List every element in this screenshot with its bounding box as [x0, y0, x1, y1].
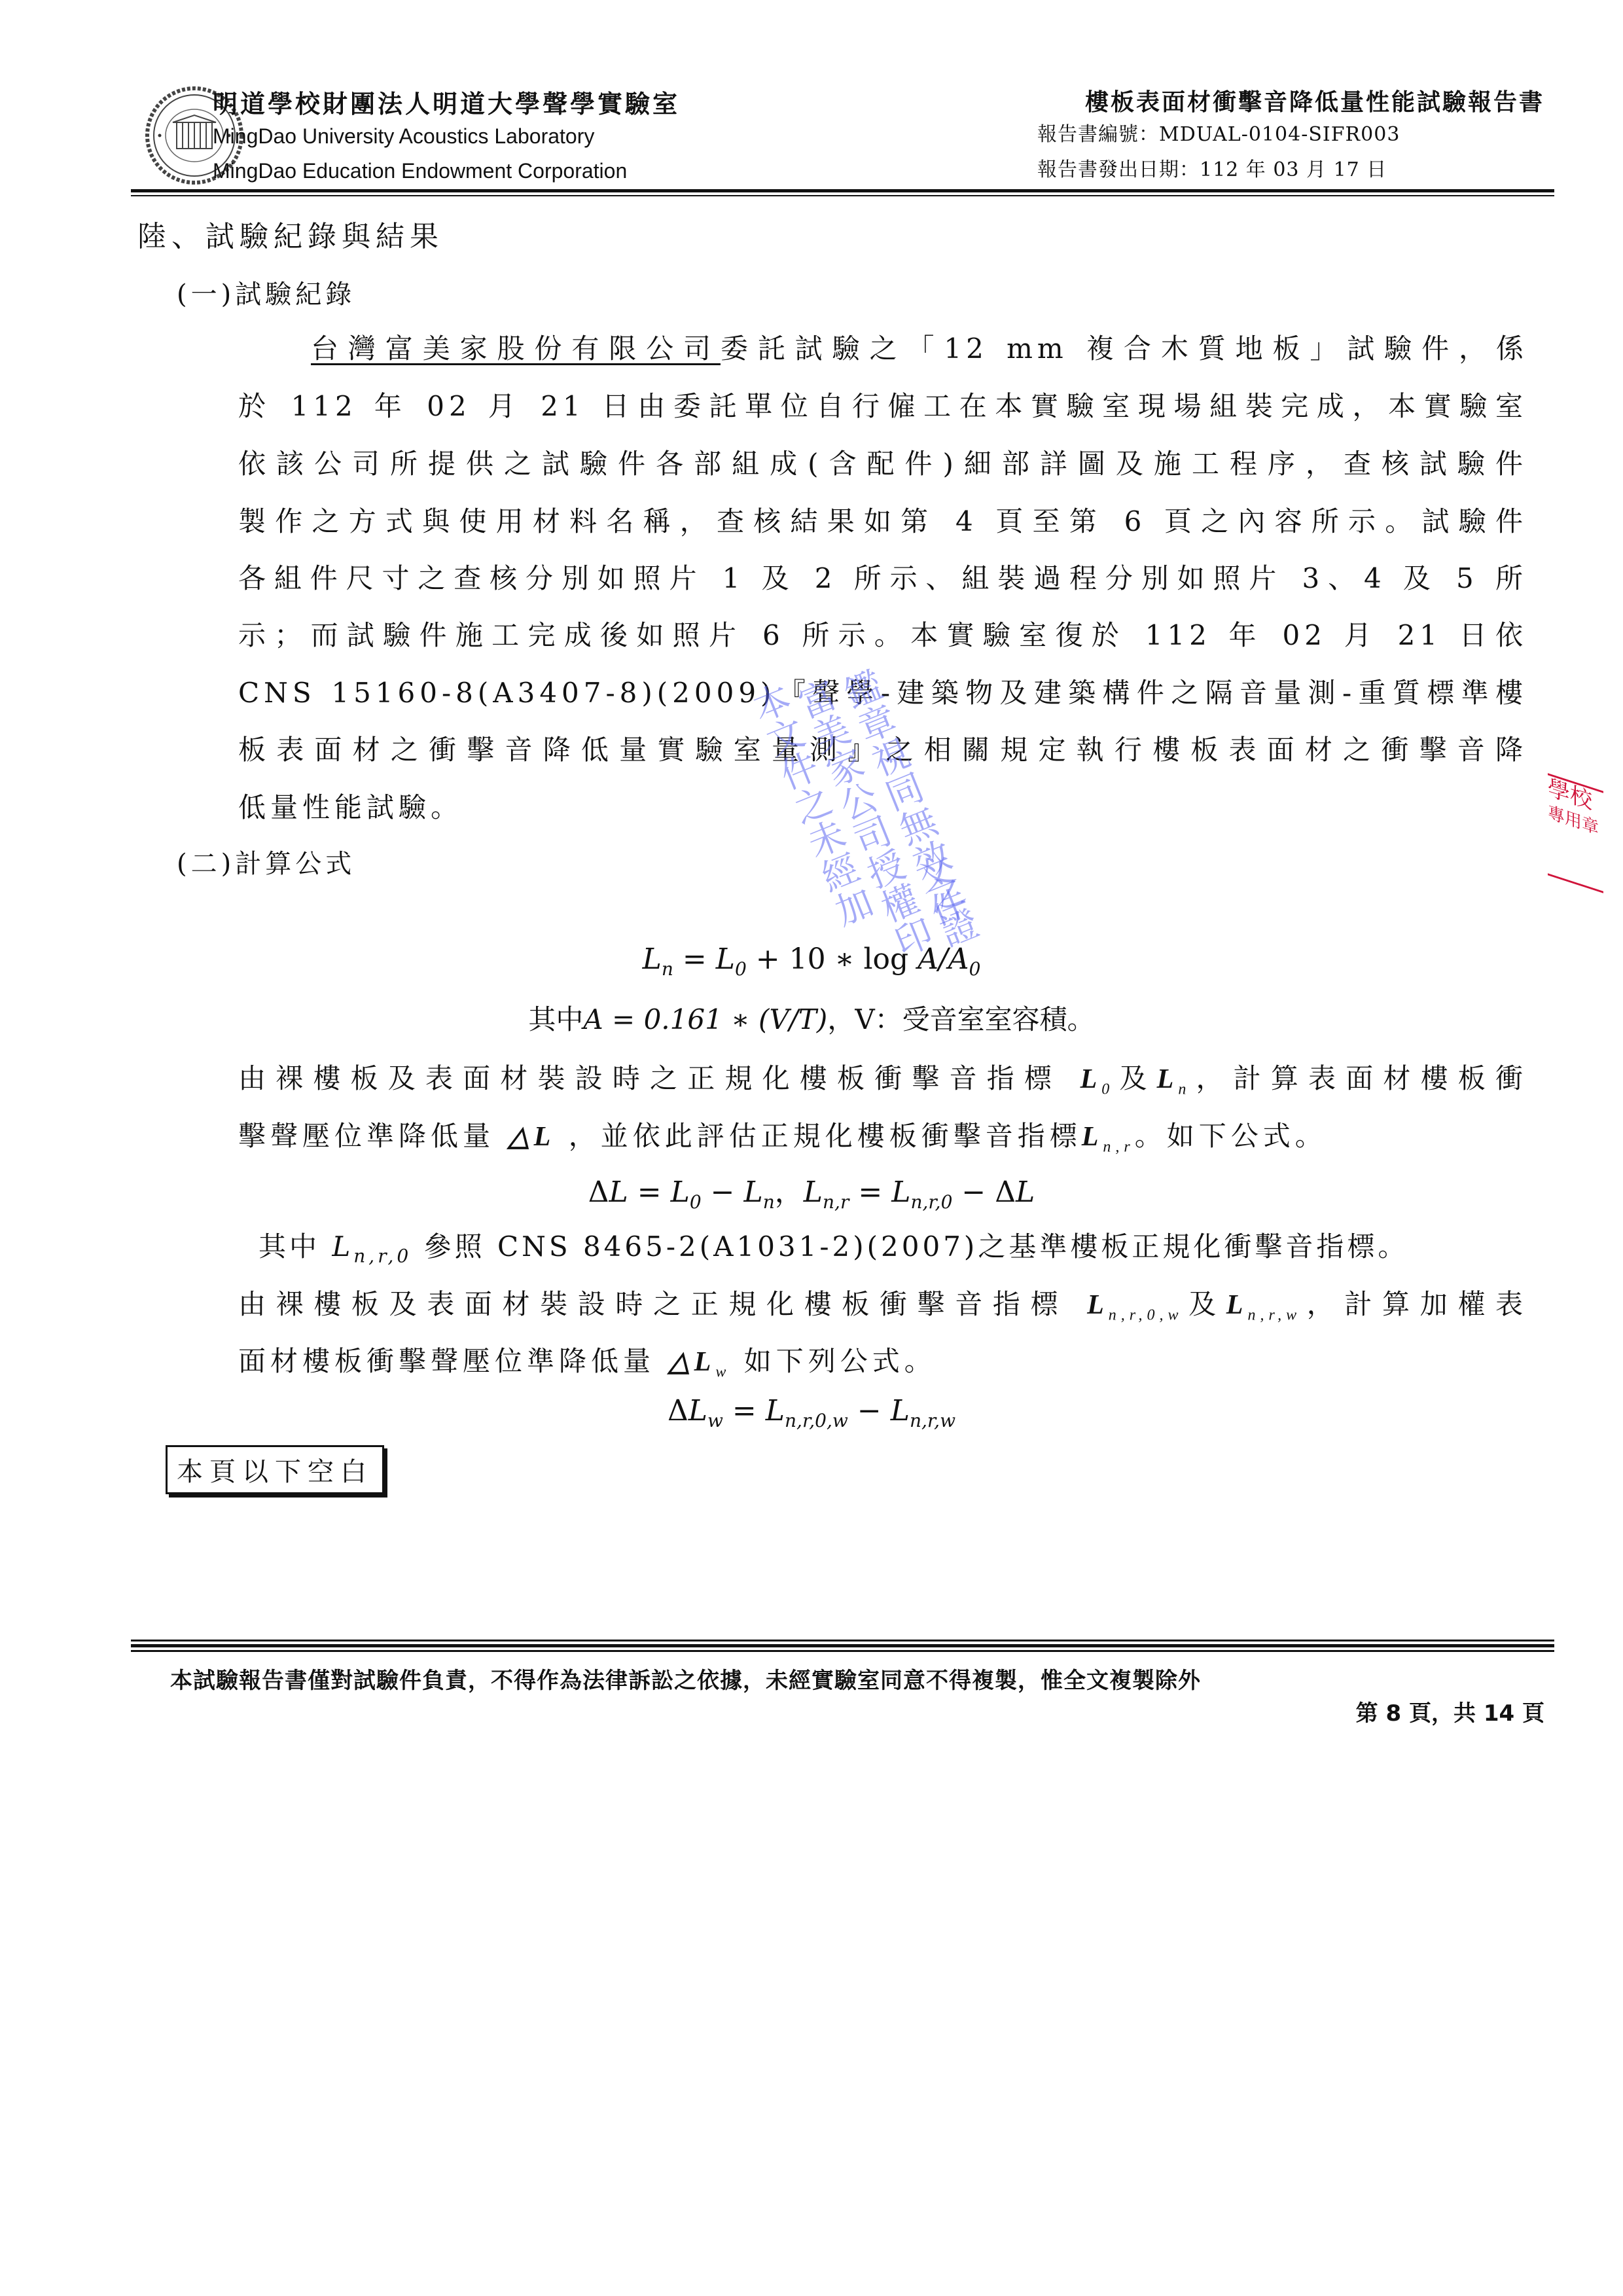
report-number-label: 報告書編號：	[1037, 123, 1159, 146]
formula-delta-l: ΔL = L0 − Ln，Ln,r = Ln,r,0 − ΔL	[0, 1168, 1623, 1213]
client-name: 台灣富美家股份有限公司	[311, 332, 721, 365]
header-rule-thin	[131, 195, 1554, 196]
subsection-title-formulas: (二)計算公式	[177, 843, 355, 880]
paragraph-line: 面材樓板衝擊聲壓位準降低量 △Lw 如下列公式。	[238, 1340, 1527, 1381]
report-number-value: MDUAL-0104-SIFR003	[1159, 123, 1400, 146]
subsection-title-records: (一)試驗紀錄	[177, 274, 355, 311]
paragraph-line: 由裸樓板及表面材裝設時之正規化樓板衝擊音指標 L0及Ln，計算表面材樓板衝	[238, 1057, 1527, 1098]
paragraph-line: 各組件尺寸之查核分別如照片 1 及 2 所示、組裝過程分別如照片 3、4 及 5…	[238, 557, 1527, 596]
paragraph-line: 於 112 年 02 月 21 日由委託單位自行僱工在本實驗室現場組裝完成，本實…	[238, 385, 1527, 424]
section-title: 陸、試驗紀錄與結果	[137, 213, 444, 255]
paragraph-line: 依該公司所提供之試驗件各部組成(含配件)細部詳圖及施工程序，查核試驗件	[238, 442, 1527, 482]
authorization-watermark-stamp: 本文件之未經加 富美家公司授權印 鑑章視同無效之證 文件	[717, 655, 952, 916]
paragraph-line: 擊聲壓位準降低量 △L ，並依此評估正規化樓板衝擊音指標Ln,r。如下公式。	[238, 1115, 1527, 1156]
footer-disclaimer: 本試驗報告書僅對試驗件負責，不得作為法律訴訟之依據，未經實驗室同意不得複製，惟全…	[170, 1662, 1201, 1695]
reference-line: 其中 Ln,r,0 參照 CNS 8465-2(A1031-2)(2007)之基…	[259, 1225, 1408, 1266]
report-number: 報告書編號：MDUAL-0104-SIFR003	[1037, 118, 1400, 147]
issue-date-value: 112 年 03 月 17 日	[1200, 158, 1387, 181]
footer-rule	[131, 1640, 1554, 1641]
page-number: 第 8 頁，共 14 頁	[1356, 1695, 1544, 1727]
org-name-en-corp: MingDao Education Endowment Corporation	[213, 159, 627, 183]
footer-rule-thin	[131, 1650, 1554, 1652]
formula-delta-lw: ΔLw = Ln,r,0,w − Ln,r,w	[0, 1394, 1623, 1431]
header-rule	[131, 189, 1554, 192]
paragraph-line: 台灣富美家股份有限公司委託試驗之「12 mm 複合木質地板」試驗件，係	[311, 327, 1528, 367]
formula-ln: Ln = L0 + 10 ∗ log A/A0	[0, 942, 1623, 980]
issue-date-label: 報告書發出日期：	[1037, 158, 1200, 181]
paragraph-line: 示；而試驗件施工完成後如照片 6 所示。本實驗室復於 112 年 02 月 21…	[238, 614, 1527, 653]
issue-date: 報告書發出日期：112 年 03 月 17 日	[1037, 153, 1387, 182]
formula-absorption: 其中A = 0.161 ∗ (V/T)，V：受音室室容積。	[0, 998, 1623, 1037]
org-name-en-lab: MingDao University Acoustics Laboratory	[213, 124, 594, 149]
footer-rule-thick	[131, 1644, 1554, 1647]
paragraph-line: 由裸樓板及表面材裝設時之正規化樓板衝擊音指標 Ln,r,0,w及Ln,r,w，計…	[238, 1283, 1527, 1324]
report-title: 樓板表面材衝擊音降低量性能試驗報告書	[1085, 84, 1544, 117]
paragraph-line: 製作之方式與使用材料名稱，查核結果如第 4 頁至第 6 頁之內容所示。試驗件	[238, 500, 1527, 539]
blank-page-note: 本頁以下空白	[166, 1445, 384, 1494]
school-seal-stamp: 學校 專用章	[1548, 773, 1603, 893]
org-name-zh: 明道學校財團法人明道大學聲學實驗室	[213, 84, 680, 120]
